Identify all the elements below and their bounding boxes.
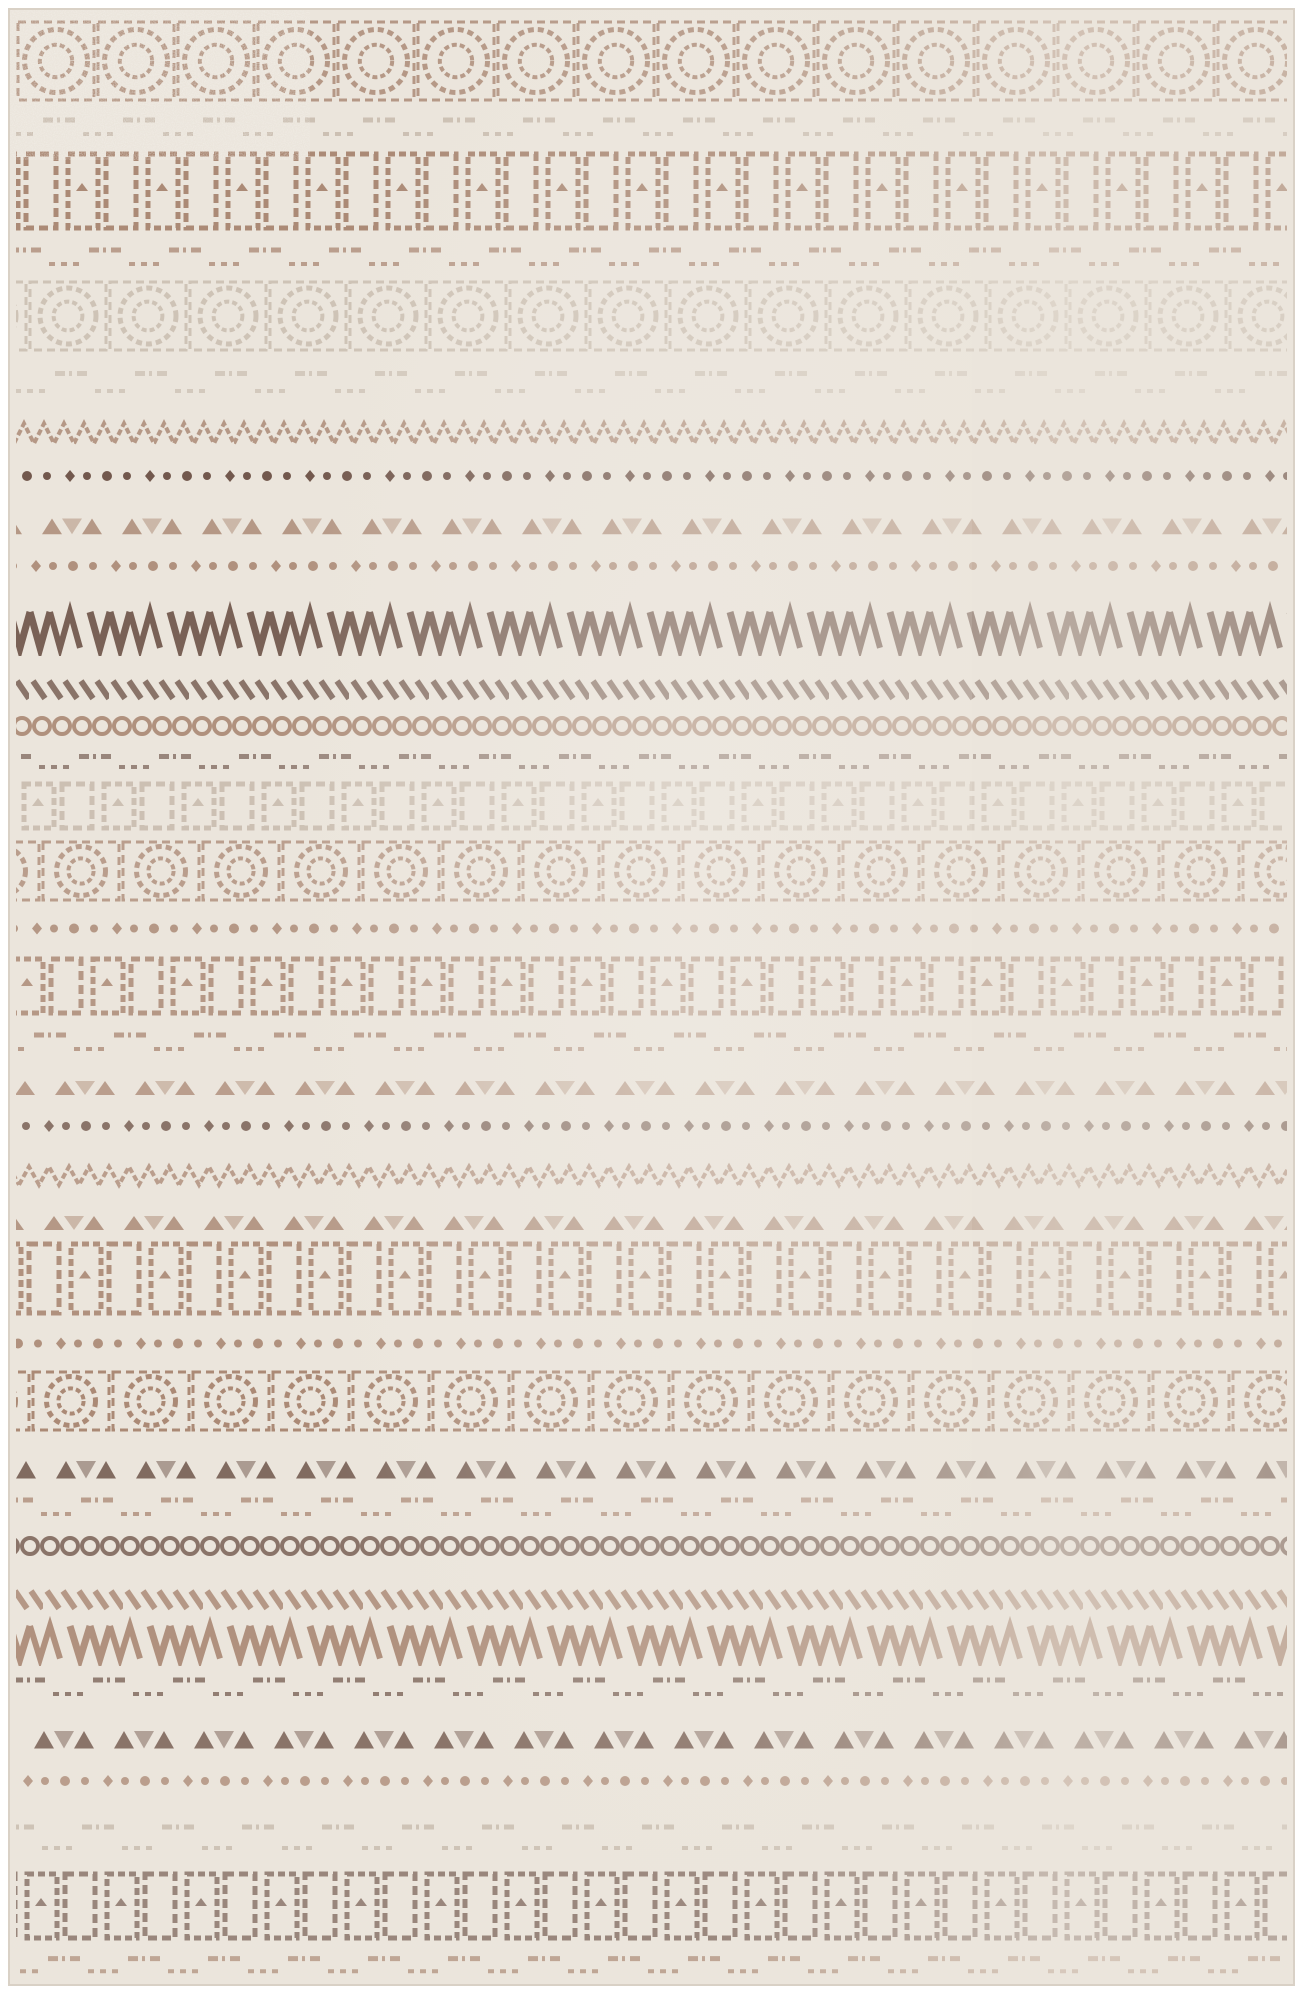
- pattern-band-dots: [16, 1321, 1287, 1366]
- pattern-band-dash: [16, 746, 1287, 776]
- pattern-band-blocks: [16, 1866, 1287, 1946]
- pattern-band-dash: [16, 1806, 1287, 1866]
- pattern-band-vchev: [16, 1616, 1287, 1666]
- pattern-band-dots: [16, 541, 1287, 591]
- pattern-band-dots: [16, 906, 1287, 951]
- pattern-band-dash: [16, 1946, 1287, 1982]
- pattern-band-dash: [16, 106, 1287, 146]
- pattern-band-dash: [16, 1486, 1287, 1526]
- pattern-band-chevron: [16, 1566, 1287, 1616]
- pattern-band-dash: [16, 1021, 1287, 1061]
- pattern-band-dash: [16, 1666, 1287, 1706]
- pattern-band-triangles: [16, 1196, 1287, 1236]
- pattern-band-vchev: [16, 601, 1287, 656]
- pattern-band-swirl: [16, 276, 1287, 356]
- pattern-band-rings: [16, 706, 1287, 746]
- pattern-band-blocks: [16, 146, 1287, 236]
- pattern-band-zigzag: [16, 406, 1287, 456]
- rug-field: [16, 16, 1287, 1978]
- pattern-band-swirl: [16, 16, 1287, 106]
- pattern-band-swirl: [16, 1366, 1287, 1436]
- pattern-band-dots: [16, 1756, 1287, 1806]
- pattern-band-dots: [16, 1101, 1287, 1151]
- pattern-band-chevron: [16, 656, 1287, 706]
- pattern-band-dash: [16, 356, 1287, 406]
- pattern-band-swirl: [16, 836, 1287, 906]
- pattern-band-triangles: [16, 1061, 1287, 1101]
- pattern-band-triangles: [16, 1706, 1287, 1756]
- pattern-band-dots: [16, 456, 1287, 496]
- pattern-band-blocks: [16, 951, 1287, 1021]
- pattern-band-dash: [16, 236, 1287, 276]
- pattern-band-triangles: [16, 1436, 1287, 1486]
- rug: [8, 8, 1295, 1986]
- pattern-band-blocks: [16, 1236, 1287, 1321]
- pattern-band-triangles: [16, 496, 1287, 541]
- pattern-band-rings: [16, 1526, 1287, 1566]
- pattern-band-zigzag: [16, 1151, 1287, 1196]
- pattern-band-blocks: [16, 776, 1287, 836]
